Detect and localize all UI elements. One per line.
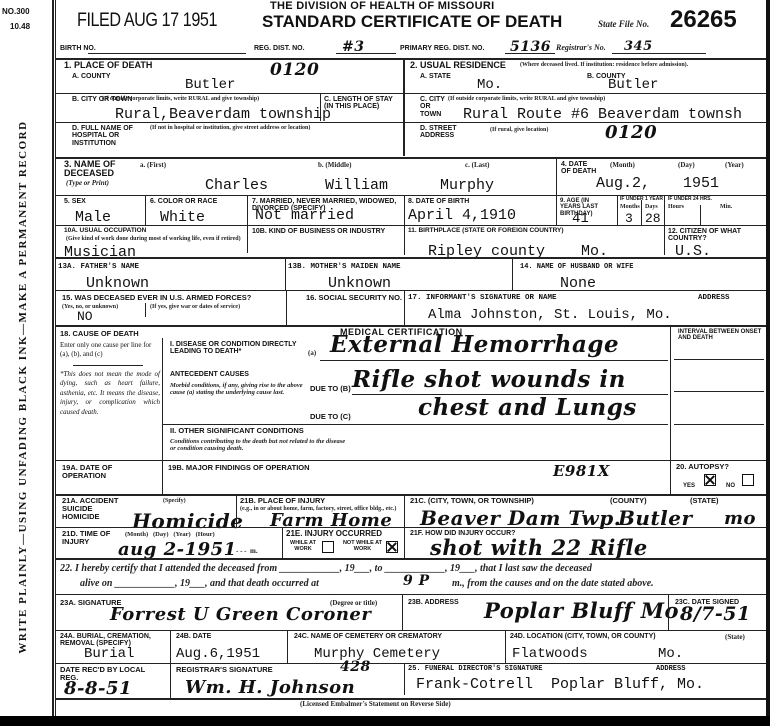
injury-specify-label: (Specify) [163, 498, 186, 504]
res-street-code: 0120 [605, 124, 657, 142]
cause-footnote: *This does not mean the mode of dying, s… [60, 370, 160, 417]
antecedent-label: ANTECEDENT CAUSES [170, 371, 249, 378]
birth-no-label: BIRTH NO. [60, 45, 96, 52]
business-label: 10b. KIND OF BUSINESS OR INDUSTRY [252, 228, 402, 235]
reg-dist-value: #3 [342, 40, 364, 54]
injury-city-value: Beaver Dam Twp. [420, 508, 621, 528]
death-year-label: (Year) [725, 162, 744, 169]
death-city-note: (If outside corporate limits, write RURA… [102, 96, 312, 102]
spouse-value: None [560, 276, 596, 291]
under-day-label: IF UNDER 24 HRS. [668, 197, 712, 202]
res-street-note: (If rural, give location) [490, 127, 548, 133]
sex-value: Male [75, 210, 111, 225]
hospital-label: d. FULL NAME OF HOSPITAL OR INSTITUTION [72, 125, 152, 147]
other-conditions-note: Conditions contributing to the death but… [170, 438, 350, 452]
embalmer-note: (Licensed Embalmer's Statement on Revers… [300, 701, 451, 708]
res-county-value: Butler [608, 78, 658, 92]
document-title: STANDARD CERTIFICATE OF DEATH [262, 12, 562, 32]
state-file-number: 26265 [670, 6, 737, 34]
name-label: 3. NAME OF DECEASED [64, 160, 134, 179]
death-county-label: a. COUNTY [72, 73, 111, 80]
length-of-stay-label: c. LENGTH OF STAY (in this place) [324, 96, 402, 111]
autopsy-label: 20. AUTOPSY? [676, 463, 729, 471]
registrar-no-label: Registrar's No. [556, 44, 606, 53]
race-label: 6. COLOR OR RACE [150, 198, 217, 205]
cemetery-value: Murphy Cemetery [314, 647, 440, 661]
certification-line-2a: alive on ____________, 19___, and that d… [80, 578, 319, 589]
informant-address-label: ADDRESS [698, 295, 730, 303]
spouse-label: 14. NAME OF HUSBAND OR WIFE [520, 264, 633, 271]
interval-label: INTERVAL BETWEEN ONSET AND DEATH [678, 329, 768, 342]
side-instruction-text: WRITE PLAINLY—USING UNFADING BLACK INK—M… [17, 67, 31, 707]
scan-border [0, 716, 770, 726]
injury-type-label: 21a. ACCIDENT SUICIDE HOMICIDE [62, 497, 127, 521]
months-value: 3 [625, 212, 633, 225]
res-state-value: Mo. [477, 78, 502, 92]
first-name-value: Charles [205, 178, 268, 193]
armed-forces-note-b: (If yes, give war or dates of service) [150, 304, 240, 310]
armed-forces-value: NO [77, 310, 93, 323]
filed-stamp: FILED AUG 17 1951 [77, 10, 217, 32]
death-day-label: (Day) [678, 162, 695, 169]
other-conditions-label: II. OTHER SIGNIFICANT CONDITIONS [170, 427, 304, 435]
cemetery-label: 24c. NAME OF CEMETERY OR CREMATORY [294, 633, 442, 640]
burial-type-value: Burial [84, 647, 134, 661]
injury-state-label: (STATE) [690, 497, 718, 505]
funeral-director-label: 25. FUNERAL DIRECTOR'S SIGNATURE [408, 666, 542, 673]
cause-c-value: chest and Lungs [418, 396, 637, 419]
registrar-signature-label: REGISTRAR'S SIGNATURE [176, 666, 273, 674]
injury-type-value: Homicide [132, 511, 243, 531]
primary-reg-dist-label: PRIMARY REG. DIST. NO. [400, 45, 484, 52]
antecedent-note: Morbid conditions, if any, giving rise t… [170, 382, 310, 396]
usual-residence-label: 2. USUAL RESIDENCE [410, 61, 506, 70]
how-injury-value: shot with 22 Rifle [430, 537, 648, 558]
mother-value: Unknown [328, 276, 391, 291]
burial-date-label: 24b. DATE [176, 633, 211, 640]
not-at-work-label: NOT WHILE AT WORK [340, 541, 385, 553]
date-received-value: 8-8-51 [64, 680, 132, 698]
res-city-label: c. CITY OR TOWN [420, 96, 450, 118]
cause-instructions: Enter only one cause per line for (a), (… [60, 341, 160, 359]
burial-state-value: Mo. [658, 647, 683, 661]
certification-line-1: 22. I hereby certify that I attended the… [60, 563, 592, 574]
cause-a-marker: (a) [308, 350, 316, 357]
autopsy-yes-checkbox[interactable] [704, 474, 716, 486]
cause-a-value: External Hemorrhage [330, 333, 619, 356]
occupation-label: 10a. USUAL OCCUPATION [64, 228, 146, 235]
res-city-value: Rural Route #6 Beaverdam townsh [463, 107, 742, 122]
funeral-address-label: ADDRESS [656, 666, 685, 673]
days-label: Days [645, 204, 658, 210]
hospital-note: (If not in hospital or institution, give… [150, 125, 400, 131]
res-state-label: a. STATE [420, 73, 451, 80]
min-label: Min. [720, 204, 732, 210]
last-name-value: Murphy [440, 178, 494, 193]
operation-date-label: 19a. DATE OF OPERATION [62, 464, 157, 480]
date-signed-value: 8/7-51 [680, 605, 751, 624]
first-name-label: a. (First) [140, 162, 166, 169]
registrar-signature-value: Wm. H. Johnson [185, 679, 355, 697]
registrar-no-value: 345 [624, 40, 653, 53]
death-county-value: Butler [185, 78, 235, 92]
informant-value: Alma Johnston, St. Louis, Mo. [428, 308, 672, 322]
days-value: 28 [645, 212, 661, 225]
form-number: No.300 [2, 8, 30, 16]
injury-time-meridiem: - - - m. [236, 548, 258, 555]
dob-value: April 4,1910 [408, 208, 516, 223]
place-of-death-label: 1. PLACE OF DEATH [64, 61, 152, 70]
occupation-note: (Give kind of work done during most of w… [66, 236, 246, 242]
autopsy-no-checkbox[interactable] [742, 474, 754, 486]
death-month-label: (Month) [610, 162, 635, 169]
middle-name-value: William [325, 178, 388, 193]
res-city-note: (If outside corporate limits, write RURA… [448, 96, 688, 102]
cause-b-value: Rifle shot wounds in [352, 368, 626, 391]
date-of-death-label: 4. DATE OF DEATH [561, 161, 597, 176]
injury-state-value: mo [724, 510, 756, 528]
signature-value: Forrest U Green Coroner [110, 606, 371, 624]
state-file-label: State File No. [598, 20, 649, 30]
injury-place-label: 21b. PLACE OF INJURY [240, 497, 325, 505]
armed-forces-label: 15. WAS DECEASED EVER IN U.S. ARMED FORC… [62, 294, 251, 302]
operation-code: E981X [553, 464, 610, 479]
dob-label: 8. DATE OF BIRTH [408, 198, 469, 205]
informant-label: 17. INFORMANT'S SIGNATURE OR NAME [408, 295, 557, 303]
last-name-label: c. (Last) [465, 162, 490, 169]
marital-value: Not married [255, 208, 354, 223]
death-city-value: Rural,Beaverdam township [115, 107, 331, 122]
sex-label: 5. SEX [64, 198, 86, 205]
page-edge [766, 0, 770, 716]
age-value: 41 [572, 212, 589, 226]
father-value: Unknown [86, 276, 149, 291]
funeral-director-value: Frank-Cotrell Poplar Bluff, Mo. [416, 677, 704, 692]
address-label: 23b. ADDRESS [408, 599, 459, 606]
autopsy-no-label: NO [726, 483, 735, 489]
while-at-work-checkbox[interactable] [322, 541, 334, 553]
months-label: Months [620, 204, 640, 210]
hours-label: Hours [668, 204, 684, 210]
ssn-label: 16. SOCIAL SECURITY NO. [292, 294, 402, 302]
burial-location-value: Flatwoods [512, 647, 588, 661]
injury-city-label: 21c. (CITY, TOWN, OR TOWNSHIP) [410, 497, 534, 505]
certification-line-2b: m., from the causes and on the date stat… [452, 578, 654, 589]
form-revision: 10.48 [10, 23, 30, 31]
death-county-code: 0120 [270, 62, 319, 79]
agency-name: THE DIVISION OF HEALTH OF MISSOURI [270, 0, 495, 12]
usual-residence-note: (Where deceased lived. If institution: r… [520, 62, 765, 68]
race-value: White [160, 210, 205, 225]
date-of-death-value: Aug.2, [596, 176, 650, 191]
due-to-b-label: DUE TO (b) [310, 385, 351, 393]
disease-label: I. DISEASE OR CONDITION DIRECTLY LEADING… [170, 341, 320, 356]
injury-occurred-label: 21e. INJURY OCCURRED [286, 530, 382, 538]
while-at-work-label: WHILE AT WORK [285, 541, 321, 553]
injury-time-label: 21d. TIME OF INJURY [62, 530, 112, 546]
year-of-death-value: 1951 [683, 176, 719, 191]
injury-time-columns: (Month) (Day) (Year) (Hour) [125, 532, 215, 539]
primary-reg-dist-value: 5136 [510, 40, 551, 54]
registrar-code: 428 [340, 660, 371, 674]
res-street-label: d. STREET ADDRESS [420, 125, 465, 140]
due-to-c-label: DUE TO (c) [310, 413, 351, 421]
injury-county-label: (COUNTY) [610, 497, 647, 505]
mother-label: 13b. MOTHER'S MAIDEN NAME [288, 264, 401, 272]
reg-dist-label: REG. DIST. NO. [254, 45, 305, 52]
burial-location-label: 24d. LOCATION (City, town, or county) [510, 633, 656, 640]
injury-time-value: aug 2-1951 [118, 541, 237, 559]
burial-date-value: Aug.6,1951 [176, 647, 260, 661]
birthplace-label: 11. BIRTHPLACE (State or foreign country… [408, 228, 564, 235]
injury-county-value: Butler [618, 508, 693, 528]
father-label: 13a. FATHER'S NAME [58, 264, 139, 272]
operation-findings-label: 19b. MAJOR FINDINGS OF OPERATION [168, 464, 310, 472]
middle-name-label: b. (Middle) [318, 162, 351, 169]
name-note: (Type or Print) [66, 180, 109, 188]
autopsy-yes-label: YES [683, 483, 695, 489]
citizen-label: 12. CITIZEN OF WHAT COUNTRY? [668, 228, 766, 243]
burial-state-label: (State) [725, 634, 745, 641]
not-at-work-checkbox[interactable] [386, 541, 398, 553]
certification-hour: 9 P [403, 574, 430, 588]
address-value: Poplar Bluff Mo [484, 600, 679, 621]
cause-of-death-label: 18. CAUSE OF DEATH [60, 330, 139, 338]
